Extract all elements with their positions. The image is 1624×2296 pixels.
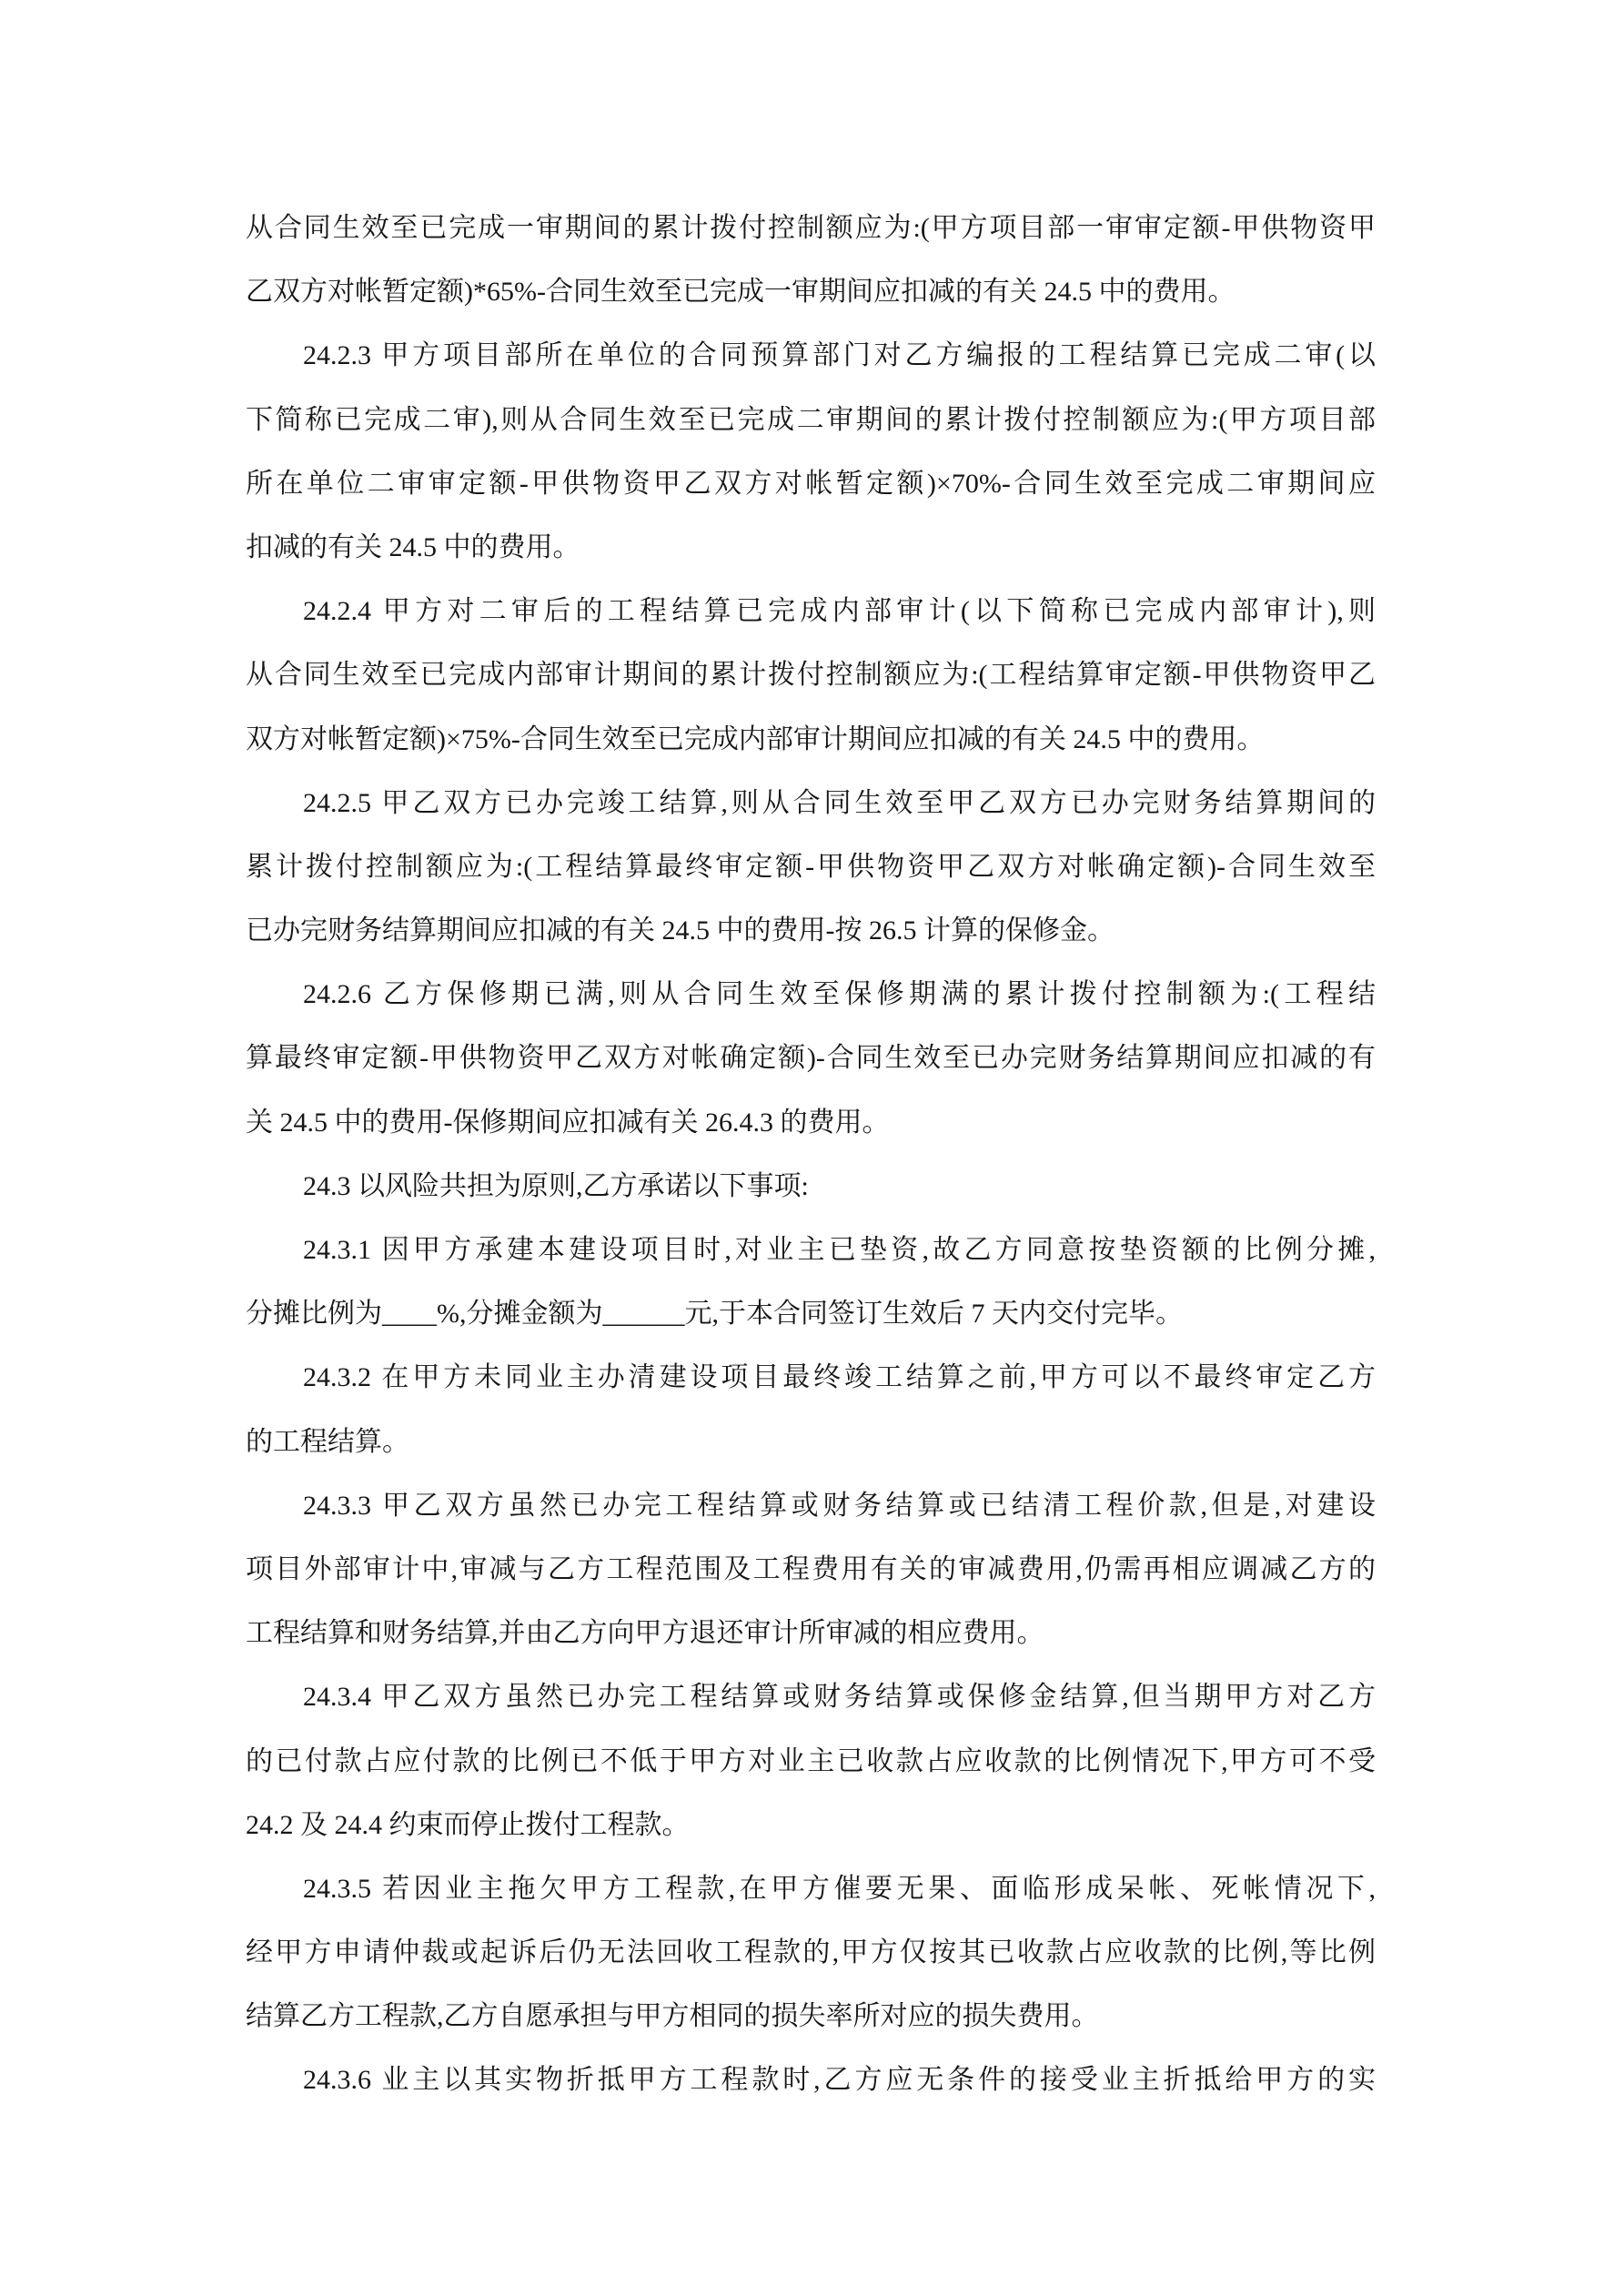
contract-text-line: 累计拨付控制额应为:(工程结算最终审定额-甲供物资甲乙双方对帐确定额)-合同生效… (246, 835, 1376, 899)
contract-text-line: 乙双方对帐暂定额)*65%-合同生效至已完成一审期间应扣减的有关 24.5 中的… (246, 260, 1376, 324)
contract-text-line: 算最终审定额-甲供物资甲乙双方对帐确定额)-合同生效至已办完财务结算期间应扣减的… (246, 1027, 1376, 1090)
contract-page: 从合同生效至已完成一审期间的累计拨付控制额应为:(甲方项目部一审审定额-甲供物资… (0, 0, 1624, 2296)
contract-text-line: 分摊比例为____%,分摊金额为______元,于本合同签订生效后 7 天内交付… (246, 1282, 1376, 1346)
contract-text-line: 项目外部审计中,审减与乙方工程范围及工程费用有关的审减费用,仍需再相应调减乙方的 (246, 1538, 1376, 1602)
contract-text-line: 24.3.1 因甲方承建本建设项目时,对业主已垫资,故乙方同意按垫资额的比例分摊… (246, 1219, 1376, 1282)
contract-text-line: 24.2.6 乙方保修期已满,则从合同生效至保修期满的累计拨付控制额为:(工程结 (246, 963, 1376, 1027)
contract-text-line: 24.2.3 甲方项目部所在单位的合同预算部门对乙方编报的工程结算已完成二审(以 (246, 324, 1376, 388)
contract-text-line: 经甲方申请仲裁或起诉后仍无法回收工程款的,甲方仅按其已收款占应收款的比例,等比例 (246, 1921, 1376, 1985)
contract-text-line: 24.2.5 甲乙双方已办完竣工结算,则从合同生效至甲乙双方已办完财务结算期间的 (246, 772, 1376, 835)
contract-text-line: 24.3.5 若因业主拖欠甲方工程款,在甲方催要无果、面临形成呆帐、死帐情况下, (246, 1857, 1376, 1921)
contract-text-line: 双方对帐暂定额)×75%-合同生效至已完成内部审计期间应扣减的有关 24.5 中… (246, 708, 1376, 772)
contract-text-line: 已办完财务结算期间应扣减的有关 24.5 中的费用-按 26.5 计算的保修金。 (246, 899, 1376, 963)
contract-text-line: 24.3.6 业主以其实物折抵甲方工程款时,乙方应无条件的接受业主折抵给甲方的实 (246, 2048, 1376, 2112)
contract-text-line: 从合同生效至已完成一审期间的累计拨付控制额应为:(甲方项目部一审审定额-甲供物资… (246, 197, 1376, 260)
contract-text-line: 所在单位二审审定额-甲供物资甲乙双方对帐暂定额)×70%-合同生效至完成二审期间… (246, 452, 1376, 516)
contract-text-line: 24.3.3 甲乙双方虽然已办完工程结算或财务结算或已结清工程价款,但是,对建设 (246, 1474, 1376, 1538)
contract-text-line: 的已付款占应付款的比例已不低于甲方对业主已收款占应收款的比例情况下,甲方可不受 (246, 1730, 1376, 1794)
contract-text-line: 的工程结算。 (246, 1411, 1376, 1474)
contract-text-line: 24.2 及 24.4 约束而停止拨付工程款。 (246, 1794, 1376, 1857)
contract-text-line: 工程结算和财务结算,并由乙方向甲方退还审计所审减的相应费用。 (246, 1602, 1376, 1665)
contract-text-line: 从合同生效至已完成内部审计期间的累计拨付控制额应为:(工程结算审定额-甲供物资甲… (246, 643, 1376, 707)
contract-text-block: 从合同生效至已完成一审期间的累计拨付控制额应为:(甲方项目部一审审定额-甲供物资… (246, 197, 1376, 2113)
contract-text-line: 扣减的有关 24.5 中的费用。 (246, 516, 1376, 580)
contract-text-line: 24.3 以风险共担为原则,乙方承诺以下事项: (246, 1155, 1376, 1219)
contract-text-line: 下简称已完成二审),则从合同生效至已完成二审期间的累计拨付控制额应为:(甲方项目… (246, 389, 1376, 452)
contract-text-line: 24.3.4 甲乙双方虽然已办完工程结算或财务结算或保修金结算,但当期甲方对乙方 (246, 1665, 1376, 1729)
contract-text-line: 结算乙方工程款,乙方自愿承担与甲方相同的损失率所对应的损失费用。 (246, 1985, 1376, 2048)
contract-text-line: 24.3.2 在甲方未同业主办清建设项目最终竣工结算之前,甲方可以不最终审定乙方 (246, 1346, 1376, 1410)
contract-text-line: 关 24.5 中的费用-保修期间应扣减有关 26.4.3 的费用。 (246, 1091, 1376, 1155)
contract-text-line: 24.2.4 甲方对二审后的工程结算已完成内部审计(以下简称已完成内部审计),则 (246, 580, 1376, 643)
